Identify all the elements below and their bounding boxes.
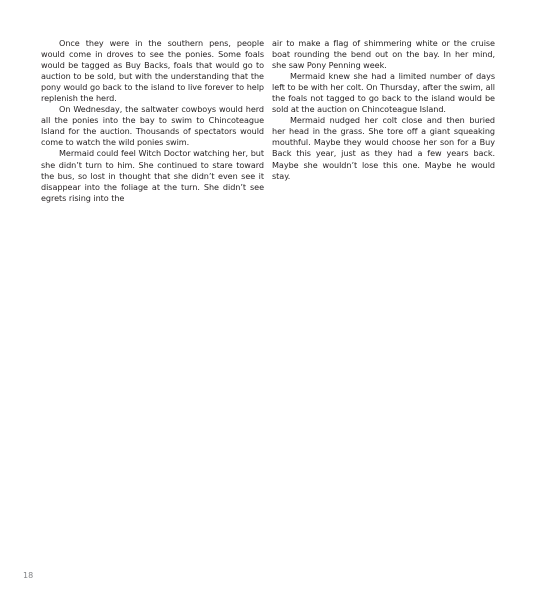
paragraph-continuation: air to make a flag of shimmering white o… [272,38,495,71]
book-page: Once they were in the southern pens, peo… [0,0,534,600]
paragraph: Mermaid nudged her colt close and then b… [272,115,495,181]
right-text-column: air to make a flag of shimmering white o… [272,38,495,182]
left-text-column: Once they were in the southern pens, peo… [41,38,264,204]
paragraph: Once they were in the southern pens, peo… [41,38,264,104]
page-number: 18 [23,571,33,580]
paragraph: Mermaid could feel Witch Doctor watching… [41,148,264,203]
paragraph: Mermaid knew she had a limited number of… [272,71,495,115]
paragraph: On Wednesday, the saltwater cowboys woul… [41,104,264,148]
